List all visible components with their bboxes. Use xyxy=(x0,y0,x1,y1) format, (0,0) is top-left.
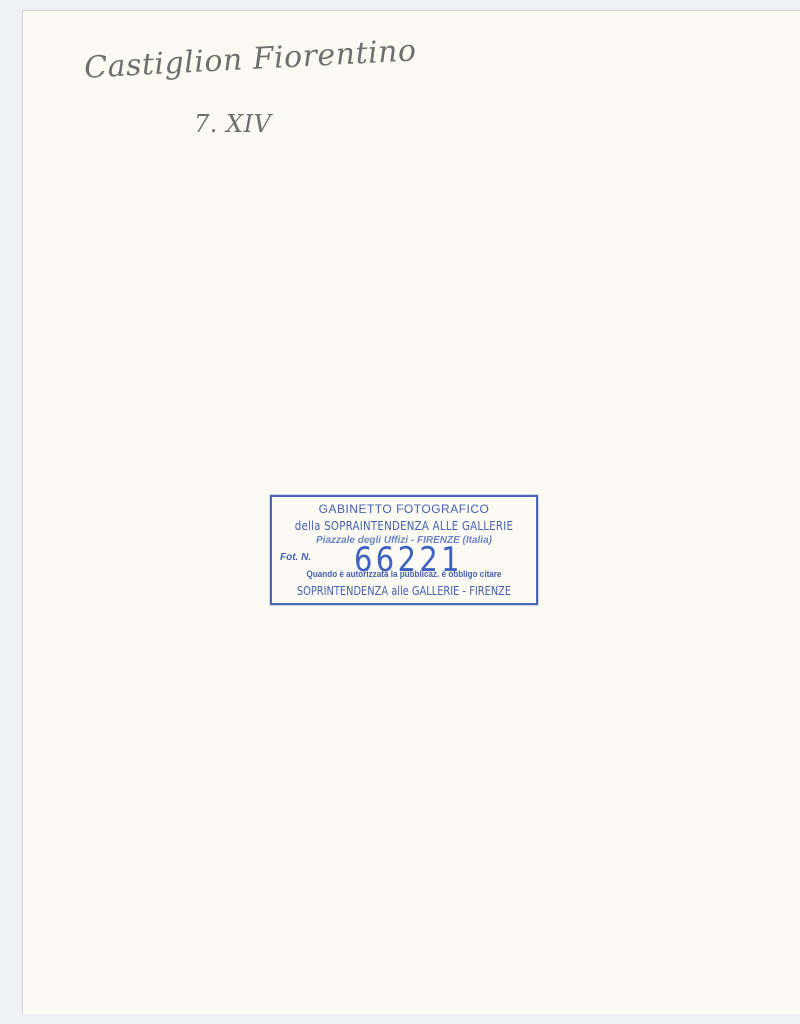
stamp-credit-notice: Quando è autorizzata la pubblicaz. è obb… xyxy=(285,570,523,579)
archive-stamp: GABINETTO FOTOGRAFICO della SOPRAINTENDE… xyxy=(270,495,538,605)
photo-back-paper: Castiglion Fiorentino 7. XIV GABINETTO F… xyxy=(22,10,800,1014)
stamp-institution: della SOPRAINTENDENZA ALLE GALLERIE xyxy=(292,520,516,532)
stamp-footer: SOPRINTENDENZA alle GALLERIE - FIRENZE xyxy=(296,585,512,597)
stamp-title: GABINETTO FOTOGRAFICO xyxy=(272,503,536,515)
stamp-number-row: Fot. N. 66221 xyxy=(272,546,536,568)
handwritten-date-note: 7. XIV xyxy=(194,110,271,138)
handwritten-place-note: Castiglion Fiorentino xyxy=(83,33,417,85)
stamp-fot-label: Fot. N. xyxy=(280,552,311,563)
